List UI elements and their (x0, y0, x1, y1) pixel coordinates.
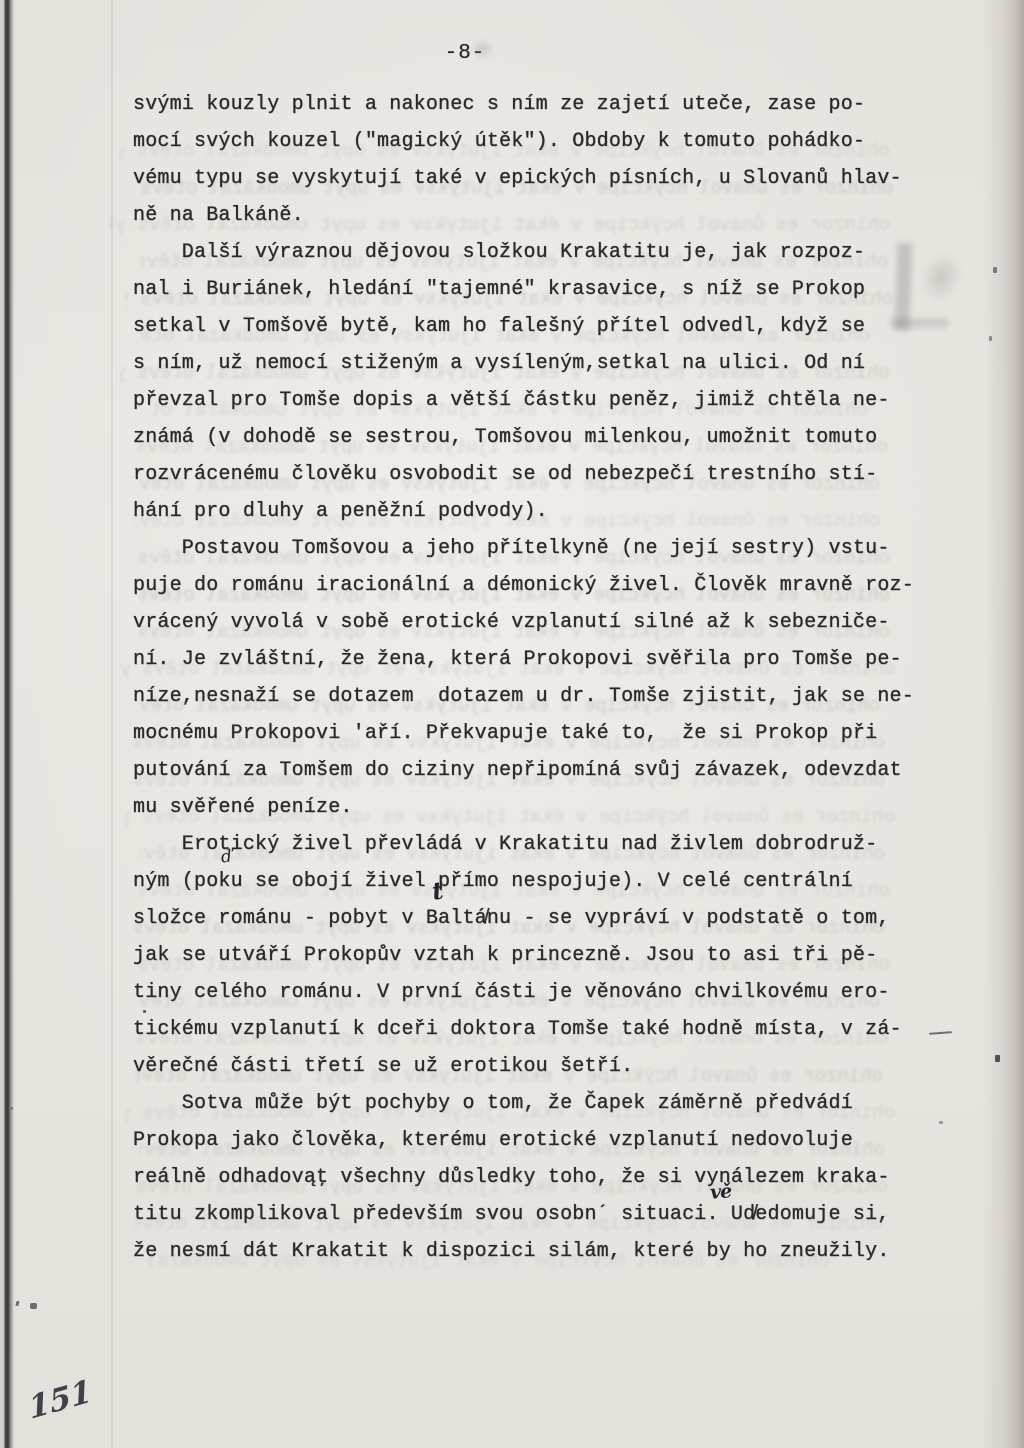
typed-line: Další výraznou dějovou složkou Krakatitu… (133, 234, 945, 271)
ink-speck (993, 267, 997, 273)
typed-line: reálně odhadovąţ všechny důsledky toho, … (133, 1159, 945, 1196)
typed-line: známá (v dohodě se sestrou, Tomšovou mil… (133, 419, 945, 456)
typed-line: tickému vzplanutí k dceři doktora Tomše … (133, 1011, 945, 1048)
typed-line: mu svěřené peníze. (133, 789, 945, 826)
typed-line: titu zkomplikoval především svou osobn´ … (133, 1196, 945, 1233)
handwritten-insertion-ve: vě (709, 1180, 732, 1203)
typed-line: mocnému Prokopovi 'aří. Překvapuje také … (133, 715, 945, 752)
typed-line: jak se utváří Prokopův vztah k princezně… (133, 937, 945, 974)
typed-line: mocí svých kouzel ("magický útěk"). Obdo… (133, 123, 945, 160)
typed-line: převzal pro Tomše dopis a větší částku p… (133, 382, 945, 419)
pen-tick-mark (30, 1303, 37, 1309)
page-left-edge-shadow (0, 0, 16, 1448)
ink-speck (989, 336, 992, 341)
typed-line: ní. Je zvláštní, že žena, která Prokopov… (133, 641, 945, 678)
ink-speck (11, 1107, 13, 1110)
typed-line: putování za Tomšem do ciziny nepřipomíná… (133, 752, 945, 789)
typed-line: ně na Balkáně. (133, 197, 945, 234)
typed-line: Erotický živel převládá v Krakatitu nad … (133, 826, 945, 863)
typed-line: Prokopa jako člověka, kterému erotické v… (133, 1122, 945, 1159)
typed-line: ným (poku se obojí živel přímo nespojuje… (133, 863, 945, 900)
typed-line: svými kouzly plnit a nakonec s ním ze za… (133, 86, 945, 123)
typed-line: Sotva může být pochyby o tom, že Čapek z… (133, 1085, 945, 1122)
typed-line: že nesmí dát Krakatit k dispozici silám,… (133, 1233, 945, 1270)
typed-line: níze,nesnaží se dotazem dotazem u dr. To… (133, 678, 945, 715)
ink-speck (995, 1055, 1000, 1062)
typed-line: tiny celého románu. V první části je věn… (133, 974, 945, 1011)
scanned-page: ohínzor es ůnavol hcýkcipe v ékat íjutyk… (0, 0, 1024, 1448)
typed-line: vému typu se vyskytují také v epických p… (133, 160, 945, 197)
pen-tick-mark (15, 1301, 19, 1307)
typed-line: hání pro dluhy a peněžní podvody). (133, 493, 945, 530)
typed-line: rozvrácenému člověku osvobodit se od neb… (133, 456, 945, 493)
typed-line: složce románu - pobyt v Baltá̸nu - se vy… (133, 900, 945, 937)
page-right-edge-shadow (982, 0, 1024, 1448)
handwritten-page-index: 151 (27, 1373, 94, 1427)
typed-line: puje do románu iracionální a démonický ž… (133, 567, 945, 604)
typed-line: věrečné části třetí se už erotikou šetří… (133, 1048, 945, 1085)
page-number: -8- (405, 42, 525, 65)
typed-line: nal i Buriánek, hledání "tajemné" krasav… (133, 271, 945, 308)
typed-line: setkal v Tomšově bytě, kam ho falešný př… (133, 308, 945, 345)
typed-line: s ním, už nemocí stiženým a vysíleným,se… (133, 345, 945, 382)
handwritten-insertion-d: ď (220, 846, 233, 867)
typed-line: Postavou Tomšovou a jeho přítelkyně (ne … (133, 530, 945, 567)
top-smudge (470, 38, 496, 60)
typed-line: vrácený vyvolá v sobě erotické vzplanutí… (133, 604, 945, 641)
